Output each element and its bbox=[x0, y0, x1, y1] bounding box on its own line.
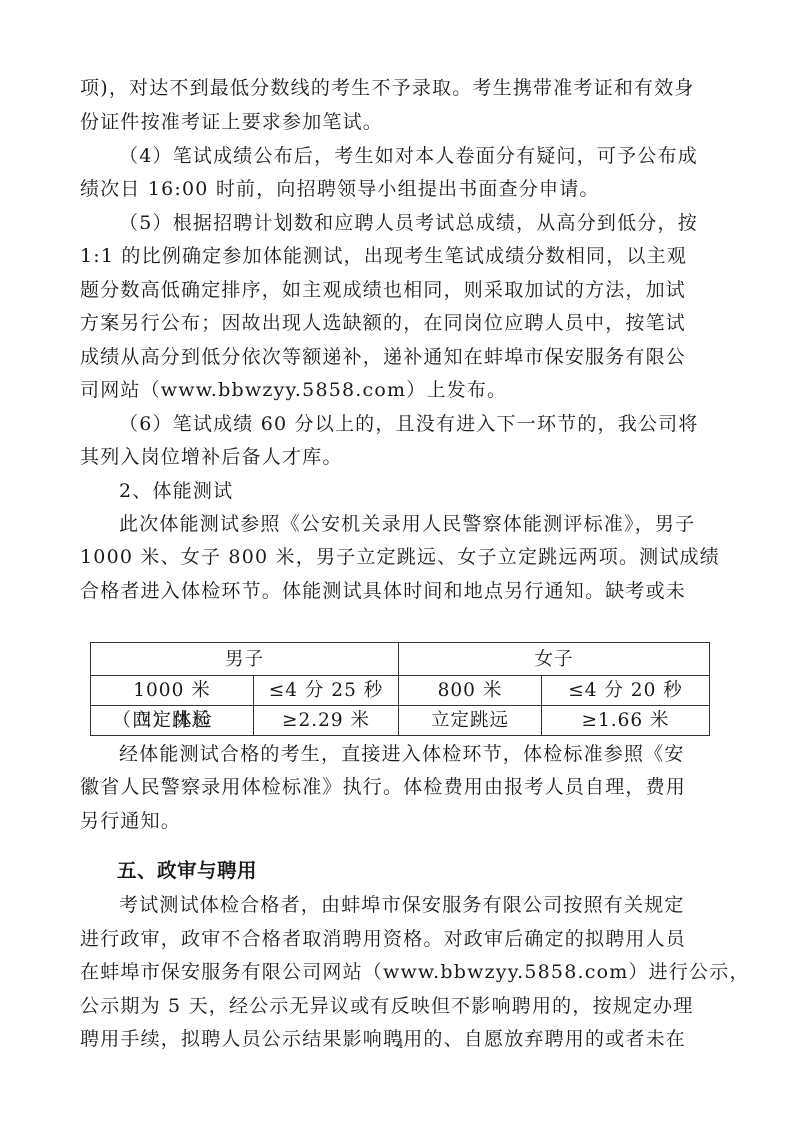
header-female: 女子 bbox=[399, 643, 710, 676]
paragraph-line: 此次体能测试参照《公安机关录用人民警察体能测评标准》，男子 bbox=[119, 512, 759, 536]
paragraph-line: 在蚌埠市保安服务有限公司网站（www.bbwzyy.5858.com）进行公示， bbox=[80, 960, 720, 984]
table-row: 1000 米 ≤4 分 25 秒 800 米 ≤4 分 20 秒 bbox=[91, 676, 710, 706]
paragraph-line: （6）笔试成绩 60 分以上的，且没有进入下一环节的，我公司将 bbox=[119, 412, 759, 436]
paragraph-line: 公示期为 5 天，经公示无异议或有反映但不影响聘用的，按规定办理 bbox=[80, 994, 720, 1018]
table-cell: 1000 米 bbox=[91, 676, 254, 706]
paragraph-line: 1000 米、女子 800 米，男子立定跳远、女子立定跳远两项。测试成绩 bbox=[80, 545, 720, 569]
paragraph-line: 份证件按准考证上要求参加笔试。 bbox=[80, 110, 720, 134]
table-cell: ≤4 分 20 秒 bbox=[542, 676, 710, 706]
section-heading: 五、政审与聘用 bbox=[117, 859, 757, 883]
paragraph-line: 考试测试体检合格者，由蚌埠市保安服务有限公司按照有关规定 bbox=[119, 893, 759, 917]
section-subheading: 2、体能测试 bbox=[119, 479, 759, 503]
paragraph-line: （5）根据招聘计划数和应聘人员考试总成绩，从高分到低分，按 bbox=[119, 211, 759, 235]
paragraph-line: 成绩从高分到低分依次等额递补，递补通知在蚌埠市保安服务有限公 bbox=[80, 345, 720, 369]
paragraph-line: （4）笔试成绩公布后，考生如对本人卷面分有疑问，可予公布成 bbox=[119, 144, 759, 168]
paragraph-line: 其列入岗位增补后备人才库。 bbox=[80, 445, 720, 469]
header-male: 男子 bbox=[91, 643, 399, 676]
table-cell: 800 米 bbox=[399, 676, 542, 706]
paragraph-line: 司网站（www.bbwzyy.5858.com）上发布。 bbox=[80, 378, 720, 402]
paragraph-line: 绩次日 16:00 时前，向招聘领导小组提出书面查分申请。 bbox=[80, 177, 720, 201]
paragraph-line: 进行政审，政审不合格者取消聘用资格。对政审后确定的拟聘用人员 bbox=[80, 927, 720, 951]
paragraph-line: 经体能测试合格的考生，直接进入体检环节，体检标准参照《安 bbox=[119, 742, 759, 766]
paragraph-line: 徽省人民警察录用体检标准》执行。体检费用由报考人员自理，费用 bbox=[80, 775, 720, 799]
paragraph-line: 另行通知。 bbox=[80, 809, 720, 833]
table-header-row: 男子 女子 bbox=[91, 643, 710, 676]
table-cell: ≤4 分 25 秒 bbox=[254, 676, 399, 706]
paragraph-line: 项)，对达不到最低分数线的考生不予录取。考生携带准考证和有效身 bbox=[80, 76, 720, 100]
paragraph-line: 题分数高低确定排序，如主观成绩也相同，则采取加试的方法，加试 bbox=[80, 278, 720, 302]
paragraph-line: 合格者进入体检环节。体能测试具体时间和地点另行通知。缺考或未 bbox=[80, 579, 720, 603]
paragraph-line: 方案另行公布；因故出现人选缺额的，在同岗位应聘人员中，按笔试 bbox=[80, 311, 720, 335]
page-number: 4 bbox=[0, 1038, 800, 1051]
document-page: 项)，对达不到最低分数线的考生不予录取。考生携带准考证和有效身 份证件按准考证上… bbox=[0, 0, 800, 1132]
paragraph-line: 1:1 的比例确定参加体能测试，出现考生笔试成绩分数相同，以主观 bbox=[80, 244, 720, 268]
section-subheading: （四）体检 bbox=[112, 708, 752, 732]
